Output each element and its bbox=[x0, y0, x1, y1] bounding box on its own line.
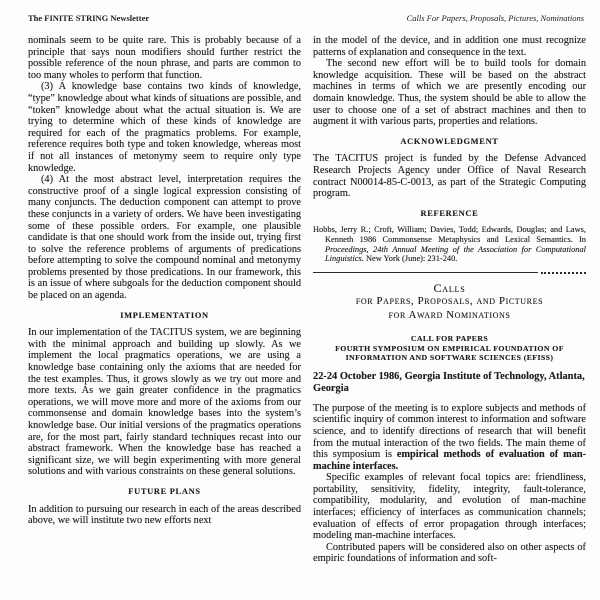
calls-heading-line-1: Calls bbox=[313, 281, 586, 295]
paragraph-future-plans: In addition to pursuing our research in … bbox=[28, 504, 301, 527]
reference-entry: Hobbs, Jerry R.; Croft, William; Davies,… bbox=[313, 225, 586, 264]
section-heading-implementation: IMPLEMENTATION bbox=[28, 310, 301, 322]
reference-pages: New York (June): 231-240. bbox=[364, 254, 458, 263]
paragraph-purpose: The purpose of the meeting is to explore… bbox=[313, 403, 586, 473]
section-heading-future-plans: FUTURE PLANS bbox=[28, 486, 301, 498]
section-divider bbox=[313, 271, 586, 274]
cfp-heading-line-1: CALL FOR PAPERS bbox=[313, 334, 586, 344]
paragraph-topics: Specific examples of relevant focal topi… bbox=[313, 472, 586, 542]
calls-heading-line-2: for Papers, Proposals, and Pictures bbox=[313, 295, 586, 309]
running-head: Calls For Papers, Proposals, Pictures, N… bbox=[407, 13, 584, 23]
paragraph-acknowledgment: The TACITUS project is funded by the Def… bbox=[313, 153, 586, 199]
paragraph-point-3: (3) A knowledge base contains two kinds … bbox=[28, 81, 301, 174]
calls-section-heading: Calls for Papers, Proposals, and Picture… bbox=[313, 281, 586, 322]
cfp-heading-line-2: FOURTH SYMPOSIUM ON EMPIRICAL FOUNDATION… bbox=[313, 344, 586, 354]
paragraph-implementation: In our implementation of the TACITUS sys… bbox=[28, 327, 301, 478]
left-column: nominals seem to be quite rare. This is … bbox=[28, 35, 301, 565]
paragraph-second-effort: The second new effort will be to build t… bbox=[313, 58, 586, 128]
page-header: The FINITE STRING Newsletter Calls For P… bbox=[0, 0, 600, 23]
section-heading-acknowledgment: ACKNOWLEDGMENT bbox=[313, 136, 586, 148]
paragraph-continuation: nominals seem to be quite rare. This is … bbox=[28, 35, 301, 81]
right-column: in the model of the device, and in addit… bbox=[313, 35, 586, 565]
call-for-papers-heading: CALL FOR PAPERS FOURTH SYMPOSIUM ON EMPI… bbox=[313, 334, 586, 363]
section-heading-reference: REFERENCE bbox=[313, 208, 586, 220]
event-date-location: 22-24 October 1986, Georgia Institute of… bbox=[313, 371, 586, 396]
scanned-newsletter-page: The FINITE STRING Newsletter Calls For P… bbox=[0, 0, 600, 600]
paragraph-continuation: in the model of the device, and in addit… bbox=[313, 35, 586, 58]
newsletter-title: The FINITE STRING Newsletter bbox=[28, 13, 149, 23]
paragraph-contributed: Contributed papers will be considered al… bbox=[313, 542, 586, 565]
paragraph-point-4: (4) At the most abstract level, interpre… bbox=[28, 174, 301, 302]
cfp-heading-line-3: INFORMATION AND SOFTWARE SCIENCES (EFISS… bbox=[313, 353, 586, 363]
two-column-body: nominals seem to be quite rare. This is … bbox=[0, 23, 600, 565]
reference-authors: Hobbs, Jerry R.; Croft, William; Davies,… bbox=[313, 225, 586, 244]
divider-dots bbox=[541, 272, 586, 274]
divider-line bbox=[313, 272, 538, 273]
calls-heading-line-3: for Award Nominations bbox=[313, 309, 586, 323]
